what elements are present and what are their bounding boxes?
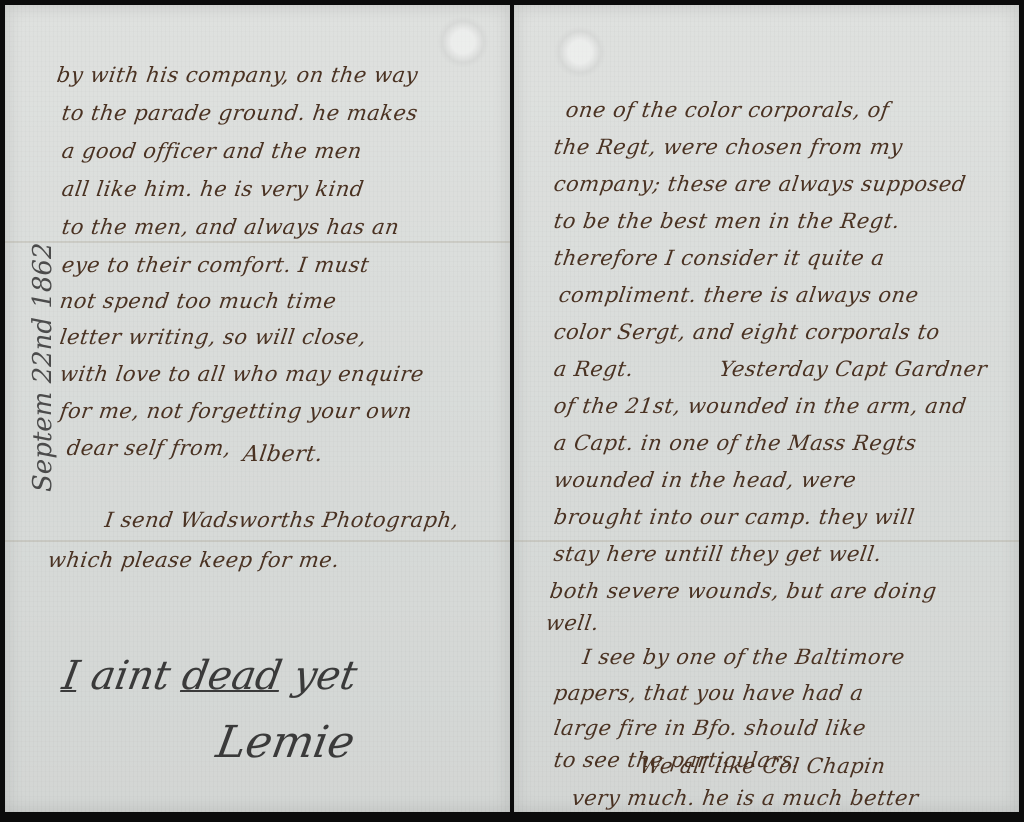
paper-emboss-mark xyxy=(552,27,608,77)
letter-line: of the 21st, wounded in the arm, and xyxy=(552,394,968,418)
letter-line: a Capt. in one of the Mass Regts xyxy=(552,431,918,455)
letter-line: color Sergt, and eight corporals to xyxy=(552,320,941,344)
paper-fold-line xyxy=(5,241,510,243)
right-letter-page: one of the color corporals, of the Regt,… xyxy=(514,5,1019,812)
postscript-line: which please keep for me. xyxy=(46,548,341,572)
letter-line: a Regt. Yesterday Capt Gardner xyxy=(552,357,989,381)
letter-line: I see by one of the Baltimore xyxy=(552,645,906,669)
letter-line: with love to all who may enquire xyxy=(58,362,425,386)
letter-line: dear self from, xyxy=(65,436,232,460)
letter-line: letter writing, so will close, xyxy=(58,325,368,349)
pencil-note-word: dead xyxy=(179,653,286,699)
letter-line: the Regt, were chosen from my xyxy=(552,135,904,159)
pencil-note-word: yet xyxy=(277,653,360,699)
letter-line: large fire in Bfo. should like xyxy=(552,716,867,740)
paper-fold-line xyxy=(5,540,510,542)
letter-line: We all like Col Chapin xyxy=(566,754,887,778)
letter-line: wounded in the head, were xyxy=(552,468,858,492)
letter-line: compliment. there is always one xyxy=(557,283,920,307)
letter-line: company; these are always supposed xyxy=(552,172,967,196)
date-margin-note: Septem 22nd 1862 xyxy=(28,292,58,492)
letter-line: not spend too much time xyxy=(58,289,338,313)
letter-line: for me, not forgetting your own xyxy=(58,399,413,423)
pencil-note-word: aint xyxy=(75,653,187,699)
postscript-line: I send Wadsworths Photograph, xyxy=(103,508,460,532)
pencil-signature: Lemie xyxy=(213,717,359,768)
letter-line: stay here untill they get well. xyxy=(552,542,883,566)
signature: Albert. xyxy=(241,442,324,467)
letter-line: brought into our camp. they will xyxy=(552,505,916,529)
letter-line: therefore I consider it quite a xyxy=(552,246,886,270)
letter-line: well. xyxy=(544,611,600,635)
letter-line: eye to their comfort. I must xyxy=(60,253,371,277)
letter-line: by with his company, on the way xyxy=(55,63,419,87)
paper-emboss-mark xyxy=(435,17,491,67)
letter-line: a good officer and the men xyxy=(60,139,363,163)
letter-line: both severe wounds, but are doing xyxy=(548,579,938,603)
letter-line: papers, that you have had a xyxy=(552,681,865,705)
letter-line: to the men, and always has an xyxy=(60,215,401,239)
letter-line: all like him. he is very kind xyxy=(60,177,365,201)
letter-line: to be the best men in the Regt. xyxy=(552,209,901,233)
letter-line: to the parade ground. he makes xyxy=(60,101,419,125)
letter-line: one of the color corporals, of xyxy=(564,98,891,122)
pencil-note: I aint dead yet xyxy=(59,653,361,699)
letter-line: very much. he is a much better xyxy=(570,786,920,810)
left-letter-page: Septem 22nd 1862 by with his company, on… xyxy=(5,5,510,812)
